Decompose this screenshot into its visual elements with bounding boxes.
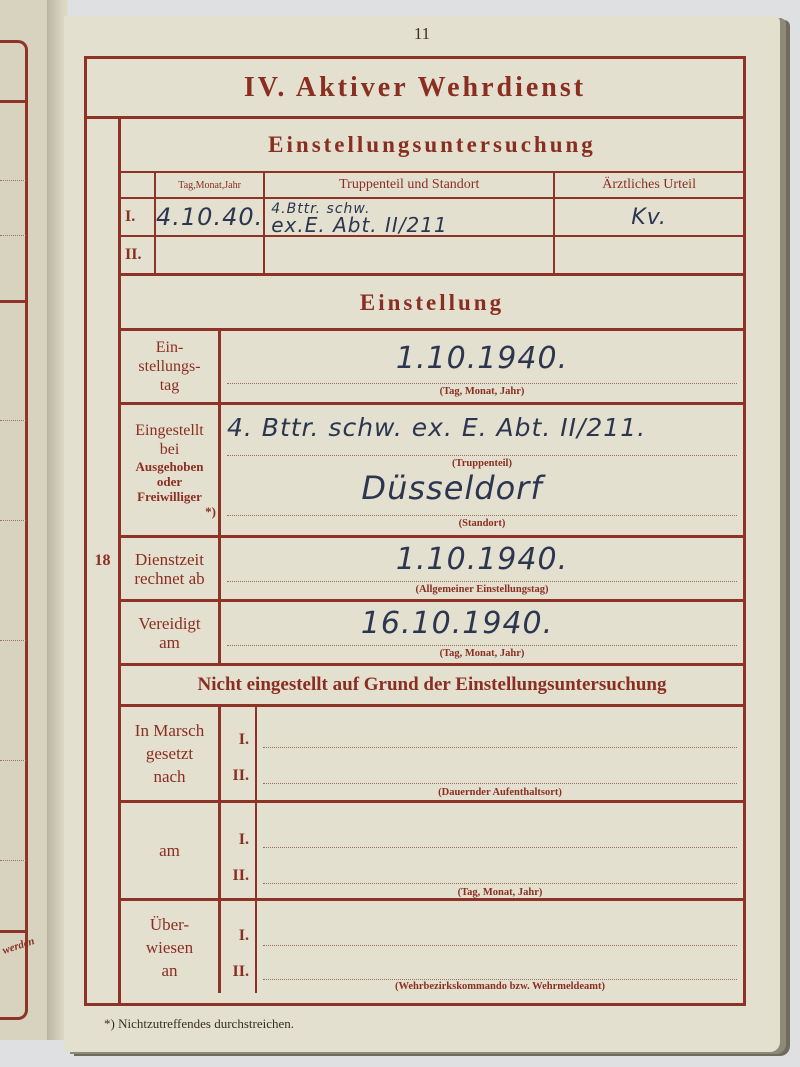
dotted-line <box>227 383 737 384</box>
previous-page-rule <box>0 300 26 303</box>
in-marsch-field[interactable]: (Dauernder Aufenthaltsort) <box>257 707 743 800</box>
footnote: *) Nichtzutreffendes durchstreichen. <box>104 1016 294 1032</box>
dotted-line <box>263 883 737 884</box>
form-content: Einstellungsuntersuchung Tag,Monat,Jahr … <box>121 119 743 1003</box>
previous-page-dotline <box>0 235 26 236</box>
page-title: IV. Aktiver Wehrdienst <box>87 59 743 119</box>
form-body: 18 Einstellungsuntersuchung Tag,Monat,Ja… <box>87 119 743 1003</box>
label-line: Eingestellt <box>123 421 216 440</box>
truppenteil-value: 4. Bttr. schw. ex. E. Abt. II/211. <box>221 413 743 442</box>
exam-header-blank <box>121 172 155 198</box>
not-enlisted-title: Nicht eingestellt auf Grund der Einstell… <box>121 666 743 707</box>
exam-section-title: Einstellungsuntersuchung <box>121 119 743 171</box>
exam-unit-line2: ex.E. Abt. II/211 <box>271 217 553 233</box>
exam-header-verdict: Ärztliches Urteil <box>554 172 743 198</box>
mark-I: I. <box>239 927 249 945</box>
roman-numeral-column: I. II. <box>221 707 257 800</box>
previous-page-rule <box>0 930 26 933</box>
exam-table-header: Tag,Monat,Jahr Truppenteil und Standort … <box>121 172 743 198</box>
dienstzeit-caption: (Allgemeiner Einstellungstag) <box>221 584 743 595</box>
label-line: Über- <box>123 913 216 936</box>
dienstzeit-field[interactable]: 1.10.1940. (Allgemeiner Einstellungstag) <box>221 538 743 599</box>
in-marsch-label: In Marsch gesetzt nach <box>121 707 221 800</box>
label-line: Dienstzeit <box>123 550 216 569</box>
exam-date-field[interactable] <box>155 236 264 274</box>
vereidigt-row: Vereidigt am 16.10.1940. (Tag, Monat, Ja… <box>121 602 743 666</box>
label-line: bei <box>123 440 216 459</box>
document-page: 11 IV. Aktiver Wehrdienst 18 Einstellung… <box>64 16 780 1052</box>
exam-row-label: I. <box>121 198 155 236</box>
in-marsch-caption: (Dauernder Aufenthaltsort) <box>257 787 743 798</box>
einstellungstag-label: Ein- stellungs- tag <box>121 331 221 402</box>
standort-value: Düsseldorf <box>161 469 743 507</box>
in-marsch-row: In Marsch gesetzt nach I. II. (Dauernder… <box>121 707 743 803</box>
ueberwiesen-label: Über- wiesen an <box>121 901 221 993</box>
previous-page-dotline <box>0 760 26 761</box>
dotted-line <box>227 581 737 582</box>
dotted-line <box>227 455 737 456</box>
label-line: am <box>123 841 216 860</box>
previous-page-frame <box>0 40 28 1020</box>
page-number: 11 <box>64 24 780 44</box>
previous-page-dotline <box>0 420 26 421</box>
previous-page-edge: werden <box>0 0 48 1040</box>
dotted-line <box>263 847 737 848</box>
label-line: rechnet ab <box>123 569 216 588</box>
eingestellt-bei-field[interactable]: 4. Bttr. schw. ex. E. Abt. II/211. (Trup… <box>221 405 743 535</box>
label-line: gesetzt <box>123 742 216 765</box>
exam-table: Tag,Monat,Jahr Truppenteil und Standort … <box>121 171 743 275</box>
exam-header-date: Tag,Monat,Jahr <box>155 172 264 198</box>
dienstzeit-row: Dienstzeit rechnet ab 1.10.1940. (Allgem… <box>121 538 743 602</box>
exam-row-2: II. <box>121 236 743 274</box>
side-column: 18 <box>87 119 121 1003</box>
mark-II: II. <box>233 963 249 981</box>
am-label: am <box>121 803 221 898</box>
einstellungstag-value: 1.10.1940. <box>221 341 743 376</box>
label-line: tag <box>123 376 216 395</box>
dienstzeit-label: Dienstzeit rechnet ab <box>121 538 221 599</box>
exam-row-1: I. 4.10.40. 4.Bttr. schw. ex.E. Abt. II/… <box>121 198 743 236</box>
previous-page-rule <box>0 100 26 103</box>
label-line: wiesen <box>123 936 216 959</box>
dotted-line <box>227 515 737 516</box>
einstellungstag-row: Ein- stellungs- tag 1.10.1940. (Tag, Mon… <box>121 331 743 405</box>
mark-I: I. <box>239 731 249 749</box>
dotted-line <box>227 645 737 646</box>
previous-page-dotline <box>0 180 26 181</box>
dotted-line <box>263 747 737 748</box>
dotted-line <box>263 979 737 980</box>
label-line: In Marsch <box>123 719 216 742</box>
am-field[interactable]: (Tag, Monat, Jahr) <box>257 803 743 898</box>
vereidigt-value: 16.10.1940. <box>171 606 743 641</box>
exam-header-unit: Truppenteil und Standort <box>264 172 554 198</box>
exam-row-label: II. <box>121 236 155 274</box>
dienstzeit-value: 1.10.1940. <box>221 542 743 577</box>
label-line: stellungs- <box>123 357 216 376</box>
am-row: am I. II. (Tag, Monat, Jahr) <box>121 803 743 901</box>
ueberwiesen-caption: (Wehrbezirkskommando bzw. Wehrmeldeamt) <box>257 981 743 992</box>
mark-II: II. <box>233 867 249 885</box>
am-caption: (Tag, Monat, Jahr) <box>257 887 743 898</box>
label-line: an <box>123 959 216 982</box>
exam-verdict-field[interactable] <box>554 236 743 274</box>
vereidigt-caption: (Tag, Monat, Jahr) <box>221 648 743 659</box>
previous-page-dotline <box>0 860 26 861</box>
roman-numeral-column: I. II. <box>221 901 257 993</box>
dotted-line <box>263 783 737 784</box>
previous-page-dotline <box>0 520 26 521</box>
exam-unit-field[interactable] <box>264 236 554 274</box>
form-frame: IV. Aktiver Wehrdienst 18 Einstellungsun… <box>84 56 746 1006</box>
label-line: Ein- <box>123 338 216 357</box>
standort-caption: (Standort) <box>221 518 743 529</box>
mark-I: I. <box>239 831 249 849</box>
einstellungstag-field[interactable]: 1.10.1940. (Tag, Monat, Jahr) <box>221 331 743 402</box>
truppenteil-caption: (Truppenteil) <box>221 458 743 469</box>
roman-numeral-column: I. II. <box>221 803 257 898</box>
enlistment-section-title: Einstellung <box>121 275 743 331</box>
side-number: 18 <box>87 552 118 570</box>
exam-date-field[interactable]: 4.10.40. <box>155 198 264 236</box>
label-line: nach <box>123 765 216 788</box>
ueberwiesen-field[interactable]: (Wehrbezirkskommando bzw. Wehrmeldeamt) <box>257 901 743 993</box>
exam-verdict-field[interactable]: Kv. <box>554 198 743 236</box>
mark-II: II. <box>233 767 249 785</box>
dotted-line <box>263 945 737 946</box>
exam-unit-field[interactable]: 4.Bttr. schw. ex.E. Abt. II/211 <box>264 198 554 236</box>
previous-page-dotline <box>0 640 26 641</box>
eingestellt-bei-row: Eingestellt bei Ausgehoben oder Freiwill… <box>121 405 743 538</box>
vereidigt-field[interactable]: 16.10.1940. (Tag, Monat, Jahr) <box>221 602 743 663</box>
einstellungstag-caption: (Tag, Monat, Jahr) <box>221 386 743 397</box>
ueberwiesen-row: Über- wiesen an I. II. (Wehrbezirkskomma… <box>121 901 743 993</box>
